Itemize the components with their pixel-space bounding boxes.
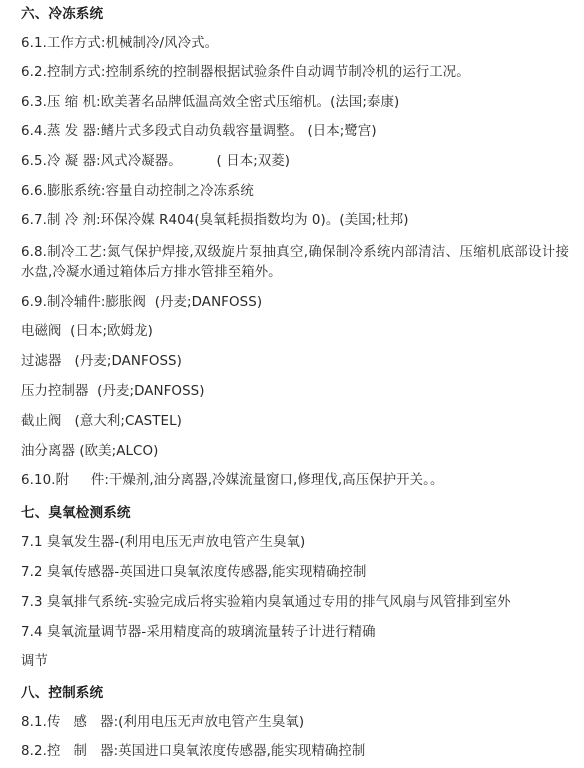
item-7-4-continued: 调节 [21, 652, 48, 672]
item-solenoid-valve: 电磁阀 (日本;欧姆龙) [21, 322, 153, 342]
item-7-4: 7.4 臭氧流量调节器-采用精度高的玻璃流量转子计进行精确 [21, 623, 376, 643]
section-heading-7: 七、臭氧检测系统 [21, 503, 131, 523]
item-filter: 过滤器 (丹麦;DANFOSS) [21, 352, 182, 372]
item-6-10: 6.10.附 件:干燥剂,油分离器,冷媒流量窗口,修理伐,高压保护开关。。 [21, 471, 443, 491]
item-7-2: 7.2 臭氧传感器-英国进口臭氧浓度传感器,能实现精确控制 [21, 563, 367, 583]
item-6-4: 6.4.蒸 发 器:鳍片式多段式自动负载容量调整。 (日本;鹭宫) [21, 122, 377, 142]
item-8-1: 8.1.传 感 器:(利用电压无声放电管产生臭氧) [21, 713, 304, 733]
item-6-3: 6.3.压 缩 机:欧美著名品牌低温高效全密式压缩机。(法国;泰康) [21, 93, 399, 113]
section-heading-6: 六、冷冻系统 [21, 4, 103, 24]
item-stop-valve: 截止阀 (意大利;CASTEL) [21, 412, 182, 432]
item-pressure-controller: 压力控制器 (丹麦;DANFOSS) [21, 382, 205, 402]
item-7-1: 7.1 臭氧发生器-(利用电压无声放电管产生臭氧) [21, 533, 305, 553]
item-7-3: 7.3 臭氧排气系统-实验完成后将实验箱内臭氧通过专用的排气风扇与风管排到室外 [21, 593, 511, 613]
section-heading-8: 八、控制系统 [21, 683, 103, 703]
item-6-5: 6.5.冷 凝 器:风式冷凝器。 ( 日本;双菱) [21, 152, 290, 172]
item-8-2: 8.2.控 制 器:英国进口臭氧浓度传感器,能实现精确控制 [21, 742, 365, 762]
item-6-7: 6.7.制 冷 剂:环保冷媒 R404(臭氧耗损指数均为 0)。(美国;杜邦) [21, 211, 409, 231]
item-6-8: 6.8.制冷工艺:氮气保护焊接,双级旋片泵抽真空,确保制冷系统内部清洁、压缩机底… [21, 243, 569, 283]
item-6-1: 6.1.工作方式:机械制冷/风冷式。 [21, 34, 218, 54]
item-oil-separator: 油分离器 (欧美;ALCO) [21, 442, 158, 462]
item-6-6: 6.6.膨胀系统:容量自动控制之冷冻系统 [21, 182, 254, 202]
item-6-9: 6.9.制冷辅件:膨胀阀 (丹麦;DANFOSS) [21, 293, 262, 313]
item-6-2: 6.2.控制方式:控制系统的控制器根据试验条件自动调节制冷机的运行工况。 [21, 63, 470, 83]
